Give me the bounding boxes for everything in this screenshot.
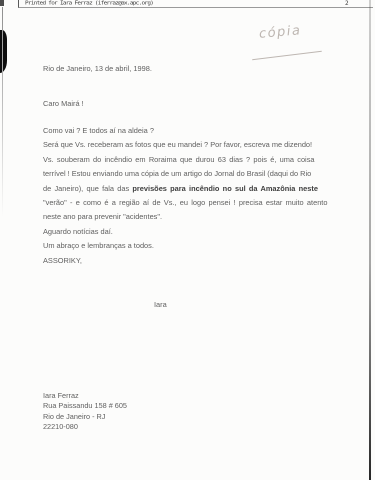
body-line-bold-segment: previsões para incêndio no sul da Amazôn…	[132, 184, 318, 193]
page-number: 2	[345, 0, 349, 7]
signature-name: Iara	[154, 300, 167, 309]
salutation: Caro Mairá !	[43, 99, 84, 108]
dateline: Rio de Janeiro, 13 de abril, 1998.	[43, 64, 152, 73]
body-line: Um abraço e lembranças a todos.	[43, 239, 338, 253]
sender-address: Iara Ferraz Rua Paissandu 158 # 605 Rio …	[43, 391, 127, 432]
body-line: "verão" - e como é a região aí de Vs., e…	[43, 196, 338, 210]
scan-corner-mark	[0, 0, 4, 6]
body-line: terrível ! Estou enviando uma cópia de u…	[43, 167, 338, 181]
scanned-letter-page: Printed for Iara Ferraz (iferraz@ax.apc.…	[0, 0, 375, 480]
body-line: ASSORIKY,	[43, 254, 338, 268]
body-line: Será que Vs. receberam as fotos que eu m…	[43, 138, 338, 152]
handwritten-copia-note: cópia	[258, 23, 302, 42]
body-line-normal-segment: de Janeiro), que fala das	[43, 184, 132, 193]
body-line: Como vai ? E todos aí na aldeia ?	[43, 124, 338, 138]
body-line: de Janeiro), que fala das previsões para…	[43, 182, 338, 196]
body-line: Aguardo notícias daí.	[43, 225, 338, 239]
address-line: Iara Ferraz	[43, 391, 127, 401]
printed-for-label: Printed for Iara Ferraz (iferraz@ax.apc.…	[25, 0, 153, 6]
body-line: neste ano para prevenir "acidentes".	[43, 210, 338, 224]
body-line: Vs. souberam do incêndio em Roraima que …	[43, 153, 338, 167]
address-line: Rio de Janeiro - RJ	[43, 412, 127, 422]
print-header: Printed for Iara Ferraz (iferraz@ax.apc.…	[18, 0, 373, 8]
address-line: Rua Paissandu 158 # 605	[43, 401, 127, 411]
left-edge-scan-line	[2, 7, 3, 217]
right-edge-scan-line	[369, 0, 371, 480]
handwriting-underline	[252, 51, 322, 61]
letter-body: Como vai ? E todos aí na aldeia ? Será q…	[43, 124, 338, 268]
address-line: 22210-080	[43, 422, 127, 432]
